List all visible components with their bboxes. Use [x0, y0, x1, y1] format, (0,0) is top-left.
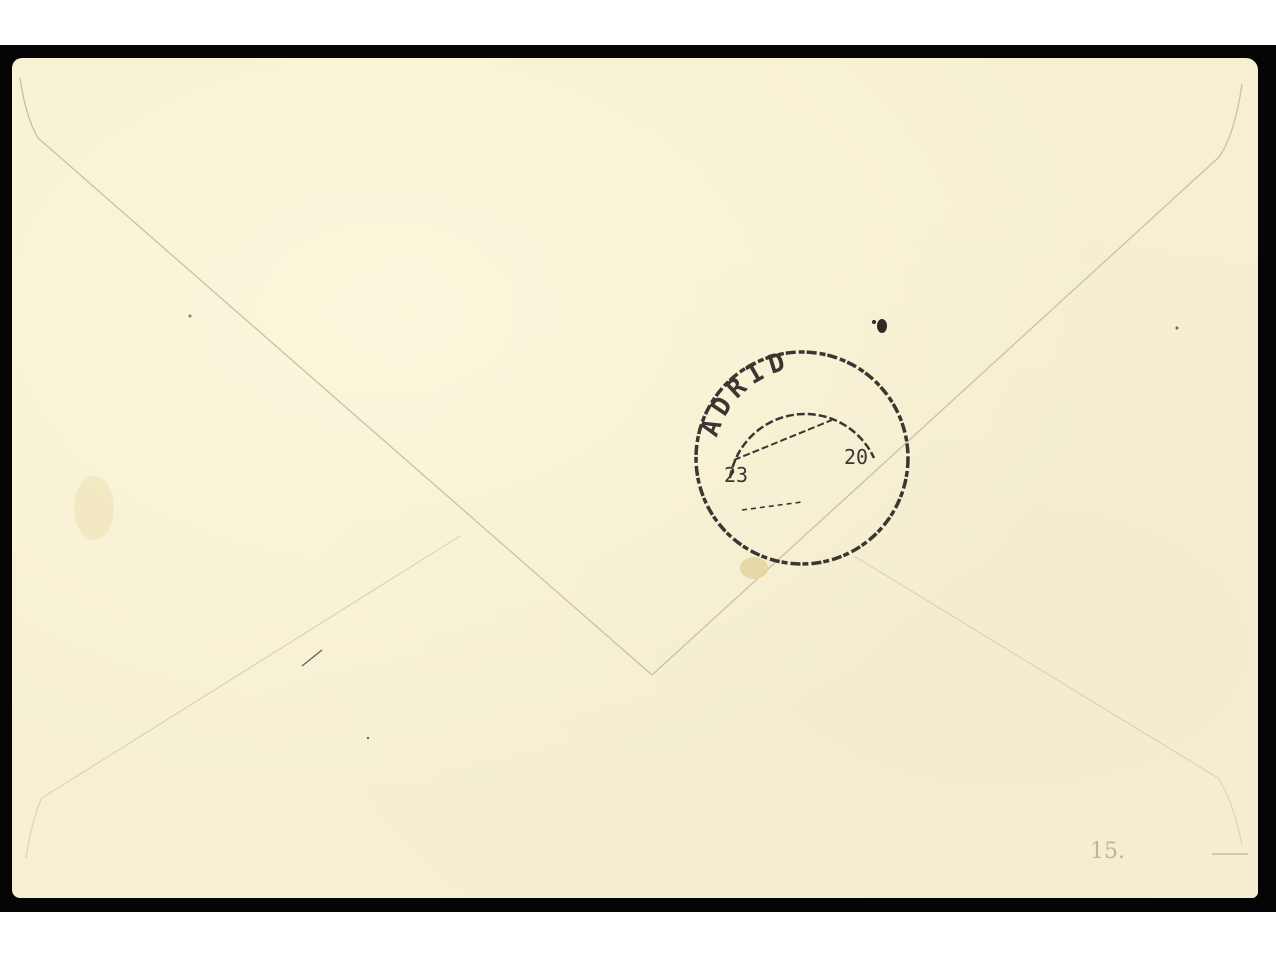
pencil-note: 15.	[12, 58, 1258, 898]
envelope-back: ADRID 23 20 15.	[12, 58, 1258, 898]
svg-text:15.: 15.	[1090, 839, 1125, 864]
